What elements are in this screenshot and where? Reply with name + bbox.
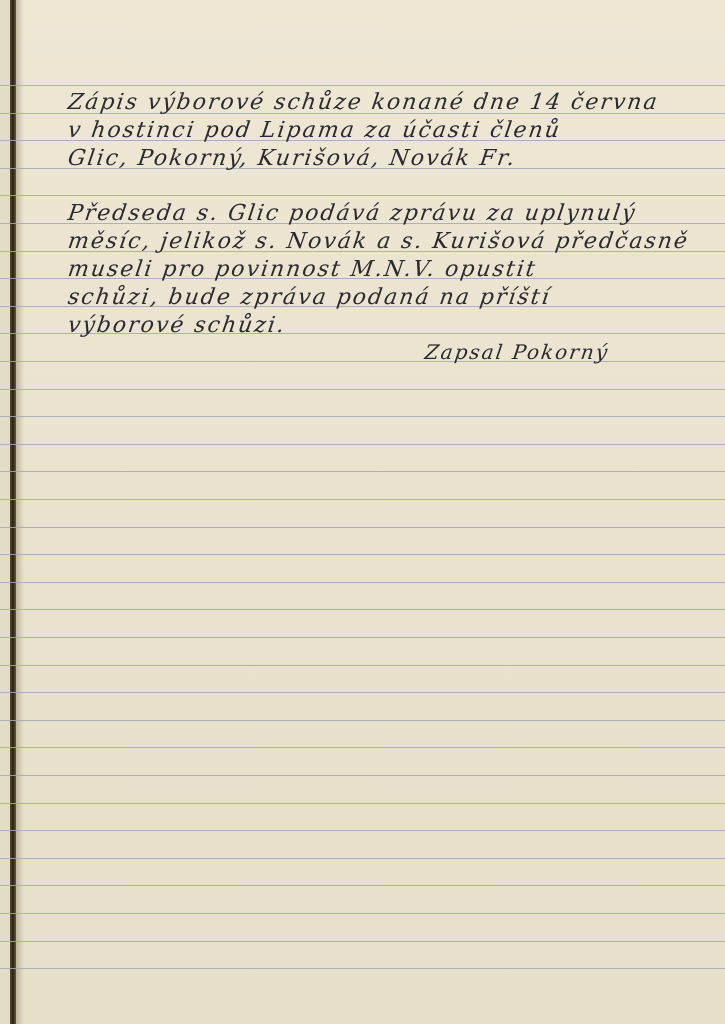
handwritten-line: museli pro povinnost M.N.V. opustit	[66, 257, 538, 282]
ruled-line	[0, 416, 725, 417]
ruled-line	[0, 582, 725, 583]
handwritten-line: Glic, Pokorný, Kurišová, Novák Fr.	[66, 146, 518, 171]
handwritten-line: v hostinci pod Lipama za účasti členů	[66, 118, 562, 143]
ruled-line	[0, 471, 725, 472]
ruled-line	[0, 85, 725, 86]
ruled-line	[0, 389, 725, 390]
ruled-line	[0, 499, 725, 500]
ruled-line	[0, 747, 725, 748]
handwritten-line: měsíc, jelikož s. Novák a s. Kurišová př…	[66, 229, 690, 254]
ruled-line	[0, 665, 725, 666]
handwritten-line: výborové schůzi.	[66, 313, 287, 338]
ruled-line	[0, 527, 725, 528]
previous-page-edge	[0, 0, 10, 1024]
ruled-line	[0, 720, 725, 721]
ruled-line	[0, 775, 725, 776]
ruled-line	[0, 968, 725, 969]
handwritten-line: schůzi, bude zpráva podaná na příští	[66, 285, 552, 310]
handwritten-line: Zápis výborové schůze konané dne 14 červ…	[66, 90, 660, 115]
ruled-line	[0, 195, 725, 196]
ruled-line	[0, 361, 725, 362]
ruled-line	[0, 692, 725, 693]
ruled-line	[0, 444, 725, 445]
signature: Zapsal Pokorný	[423, 340, 611, 364]
notebook-page: Zápis výborové schůze konané dne 14 červ…	[0, 0, 725, 1024]
ruled-line	[0, 858, 725, 859]
ruled-line	[0, 941, 725, 942]
handwritten-line: Předseda s. Glic podává zprávu za uplynu…	[66, 201, 638, 226]
ruled-line	[0, 913, 725, 914]
ruled-line	[0, 609, 725, 610]
ruled-line	[0, 803, 725, 804]
ruled-line	[0, 885, 725, 886]
ruled-line	[0, 830, 725, 831]
ruled-line	[0, 554, 725, 555]
ruled-line	[0, 637, 725, 638]
binding-shadow	[16, 0, 24, 1024]
